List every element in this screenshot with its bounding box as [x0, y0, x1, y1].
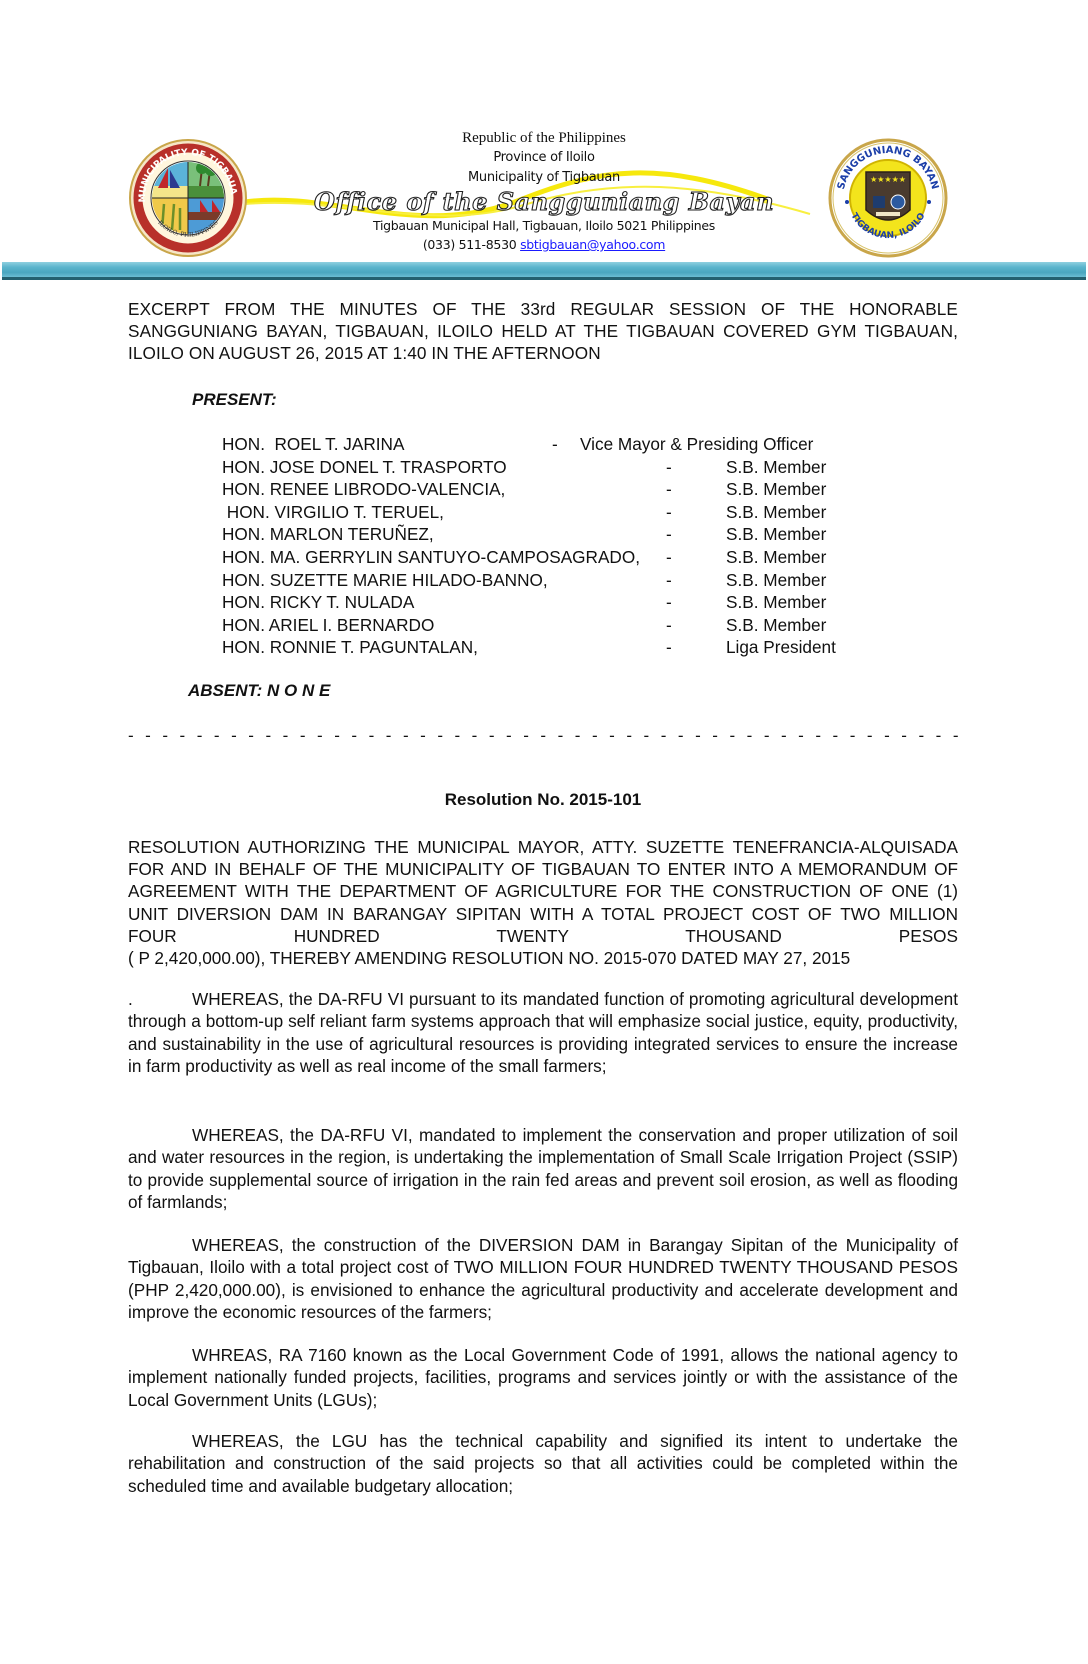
office-title: Office of the Sangguniang Bayan — [300, 188, 788, 216]
member-dash: - — [666, 523, 672, 545]
paragraph-lead: . — [128, 988, 192, 1010]
attendance-row: HON. SUZETTE MARIE HILADO-BANNO, - S.B. … — [222, 569, 922, 592]
attendance-row: HON. ROEL T. JARINA - Vice Mayor & Presi… — [222, 433, 922, 456]
letterhead: MUNICIPALITY OF TIGBAUAN ILOILO, PHILIPP… — [0, 0, 1088, 290]
minutes-excerpt-heading: EXCERPT FROM THE MINUTES OF THE 33rd REG… — [128, 298, 958, 364]
whereas-text: WHREAS, RA 7160 known as the Local Gover… — [128, 1345, 958, 1410]
member-dash: - — [666, 636, 672, 658]
resolution-title: RESOLUTION AUTHORIZING THE MUNICIPAL MAY… — [128, 836, 958, 969]
whereas-paragraph: WHEREAS, the LGU has the technical capab… — [128, 1430, 958, 1497]
member-name: HON. ARIEL I. BERNARDO — [222, 614, 434, 636]
member-dash: - — [666, 478, 672, 500]
member-name: HON. ROEL T. JARINA — [222, 433, 404, 455]
member-role: S.B. Member — [726, 614, 826, 636]
member-name: HON. RENEE LIBRODO-VALENCIA, — [222, 478, 505, 500]
whereas-paragraph: .WHEREAS, the DA-RFU VI pursuant to its … — [128, 988, 958, 1077]
svg-text:★★★★★: ★★★★★ — [870, 175, 906, 184]
phone-number: (033) 511-8530 — [423, 237, 517, 252]
municipal-seal-icon: MUNICIPALITY OF TIGBAUAN ILOILO, PHILIPP… — [128, 138, 248, 258]
address-line: Tigbauan Municipal Hall, Tigbauan, Iloil… — [300, 216, 788, 236]
member-dash: - — [666, 569, 672, 591]
member-role: S.B. Member — [726, 546, 826, 568]
attendance-row: HON. MA. GERRYLIN SANTUYO-CAMPOSAGRADO, … — [222, 546, 922, 569]
member-role: S.B. Member — [726, 591, 826, 613]
email-link[interactable]: sbtigbauan@yahoo.com — [520, 237, 665, 252]
member-dash: - — [666, 591, 672, 613]
resolution-title-last-line: ( P 2,420,000.00), THEREBY AMENDING RESO… — [128, 947, 958, 969]
whereas-text: WHEREAS, the LGU has the technical capab… — [128, 1431, 958, 1496]
resolution-title-main: RESOLUTION AUTHORIZING THE MUNICIPAL MAY… — [128, 836, 958, 947]
dashed-separator: - - - - - - - - - - - - - - - - - - - - … — [128, 726, 958, 746]
member-role: S.B. Member — [726, 478, 826, 500]
municipality-line: Municipality of Tigbauan — [300, 168, 788, 188]
present-label: PRESENT: — [192, 390, 277, 410]
attendance-row: HON. VIRGILIO T. TERUEL, - S.B. Member — [222, 501, 922, 524]
member-name: HON. VIRGILIO T. TERUEL, — [222, 501, 444, 523]
attendance-row: HON. RONNIE T. PAGUNTALAN, - Liga Presid… — [222, 636, 922, 659]
whereas-text: WHEREAS, the DA-RFU VI pursuant to its m… — [128, 989, 958, 1076]
attendance-row: HON. JOSE DONEL T. TRASPORTO - S.B. Memb… — [222, 456, 922, 479]
member-dash: - — [666, 456, 672, 478]
member-role: S.B. Member — [726, 456, 826, 478]
member-role: S.B. Member — [726, 501, 826, 523]
member-dash: - — [666, 614, 672, 636]
member-name: HON. RICKY T. NULADA — [222, 591, 414, 613]
member-name: HON. MA. GERRYLIN SANTUYO-CAMPOSAGRADO, — [222, 546, 640, 568]
whereas-paragraph: WHEREAS, the construction of the DIVERSI… — [128, 1234, 958, 1323]
whereas-paragraph: WHREAS, RA 7160 known as the Local Gover… — [128, 1344, 958, 1411]
member-dash: - — [666, 501, 672, 523]
republic-line: Republic of the Philippines — [300, 128, 788, 148]
contact-line: (033) 511-8530 sbtigbauan@yahoo.com — [300, 236, 788, 254]
member-dash: - — [666, 546, 672, 568]
whereas-text: WHEREAS, the construction of the DIVERSI… — [128, 1235, 958, 1322]
attendance-row: HON. RENEE LIBRODO-VALENCIA, - S.B. Memb… — [222, 478, 922, 501]
member-role: Liga President — [726, 636, 836, 658]
resolution-number: Resolution No. 2015-101 — [128, 790, 958, 810]
member-role: S.B. Member — [726, 569, 826, 591]
member-role: Vice Mayor & Presiding Officer — [580, 433, 813, 455]
absent-label: ABSENT: N O N E — [188, 681, 330, 701]
attendance-list: HON. ROEL T. JARINA - Vice Mayor & Presi… — [222, 433, 922, 659]
whereas-text: WHEREAS, the DA-RFU VI, mandated to impl… — [128, 1125, 958, 1212]
letterhead-text: Republic of the Philippines Province of … — [300, 128, 788, 254]
member-dash: - — [552, 433, 558, 455]
attendance-row: HON. RICKY T. NULADA - S.B. Member — [222, 591, 922, 614]
whereas-paragraph: WHEREAS, the DA-RFU VI, mandated to impl… — [128, 1124, 958, 1213]
member-role: S.B. Member — [726, 523, 826, 545]
member-name: HON. JOSE DONEL T. TRASPORTO — [222, 456, 507, 478]
member-name: HON. RONNIE T. PAGUNTALAN, — [222, 636, 478, 658]
member-name: HON. MARLON TERUÑEZ, — [222, 523, 434, 545]
province-line: Province of Iloilo — [300, 148, 788, 168]
sangguniang-bayan-seal-icon: ★★★★★ SANGGUNIANG BAYAN TIGBAUAN, ILOILO — [828, 138, 948, 258]
member-name: HON. SUZETTE MARIE HILADO-BANNO, — [222, 569, 548, 591]
attendance-row: HON. ARIEL I. BERNARDO - S.B. Member — [222, 614, 922, 637]
header-band-divider — [2, 262, 1086, 280]
attendance-row: HON. MARLON TERUÑEZ, - S.B. Member — [222, 523, 922, 546]
